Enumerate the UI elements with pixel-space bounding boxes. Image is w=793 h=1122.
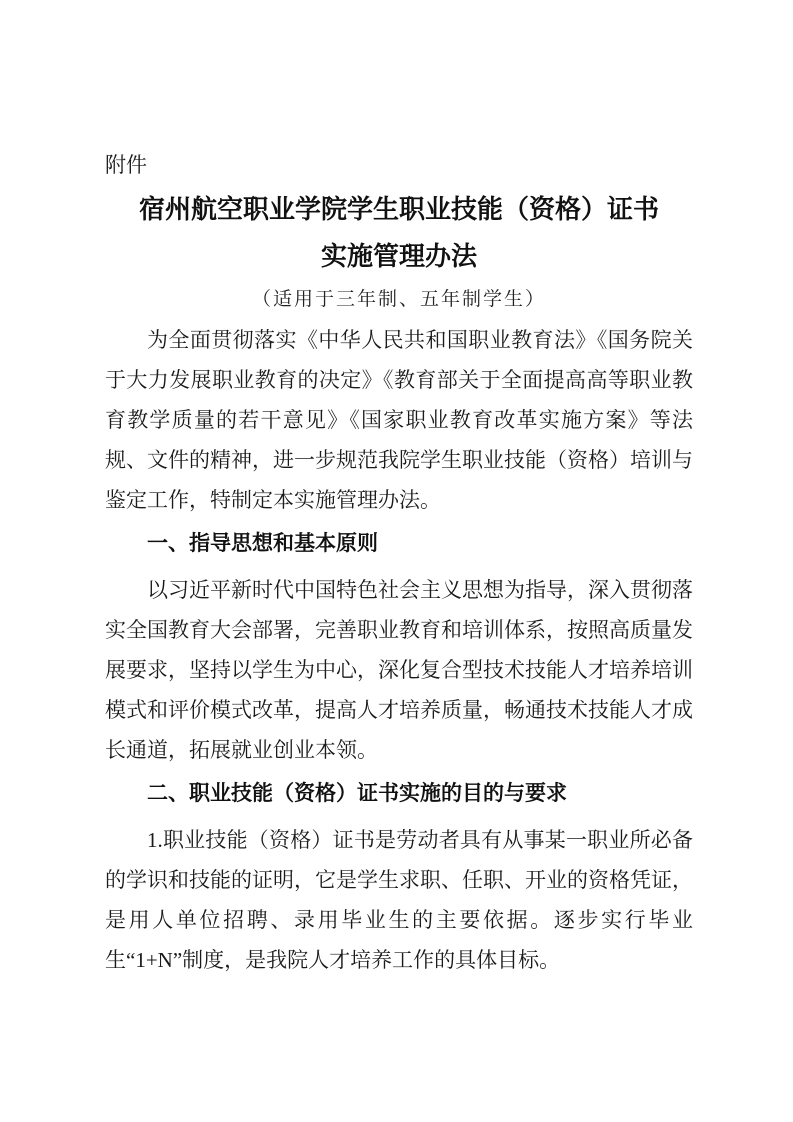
document-page: 附件 宿州航空职业学院学生职业技能（资格）证书 实施管理办法 （适用于三年制、五… [0, 0, 793, 1122]
section-heading-1: 一、指导思想和基本原则 [105, 524, 693, 564]
paragraph-certificate-purpose: 1.职业技能（资格）证书是劳动者具有从事某一职业所必备的学识和技能的证明，它是学… [105, 820, 693, 980]
document-title-line-2: 实施管理办法 [105, 233, 693, 280]
paragraph-guiding-principles: 以习近平新时代中国特色社会主义思想为指导，深入贯彻落实全国教育大会部署，完善职业… [105, 570, 693, 770]
attachment-label: 附件 [105, 146, 693, 186]
section-heading-2: 二、职业技能（资格）证书实施的目的与要求 [105, 774, 693, 814]
document-title-line-1: 宿州航空职业学院学生职业技能（资格）证书 [105, 186, 693, 233]
document-subtitle: （适用于三年制、五年制学生） [105, 280, 693, 320]
document-content: 附件 宿州航空职业学院学生职业技能（资格）证书 实施管理办法 （适用于三年制、五… [105, 146, 693, 980]
paragraph-preamble: 为全面贯彻落实《中华人民共和国职业教育法》《国务院关于大力发展职业教育的决定》《… [105, 320, 693, 520]
